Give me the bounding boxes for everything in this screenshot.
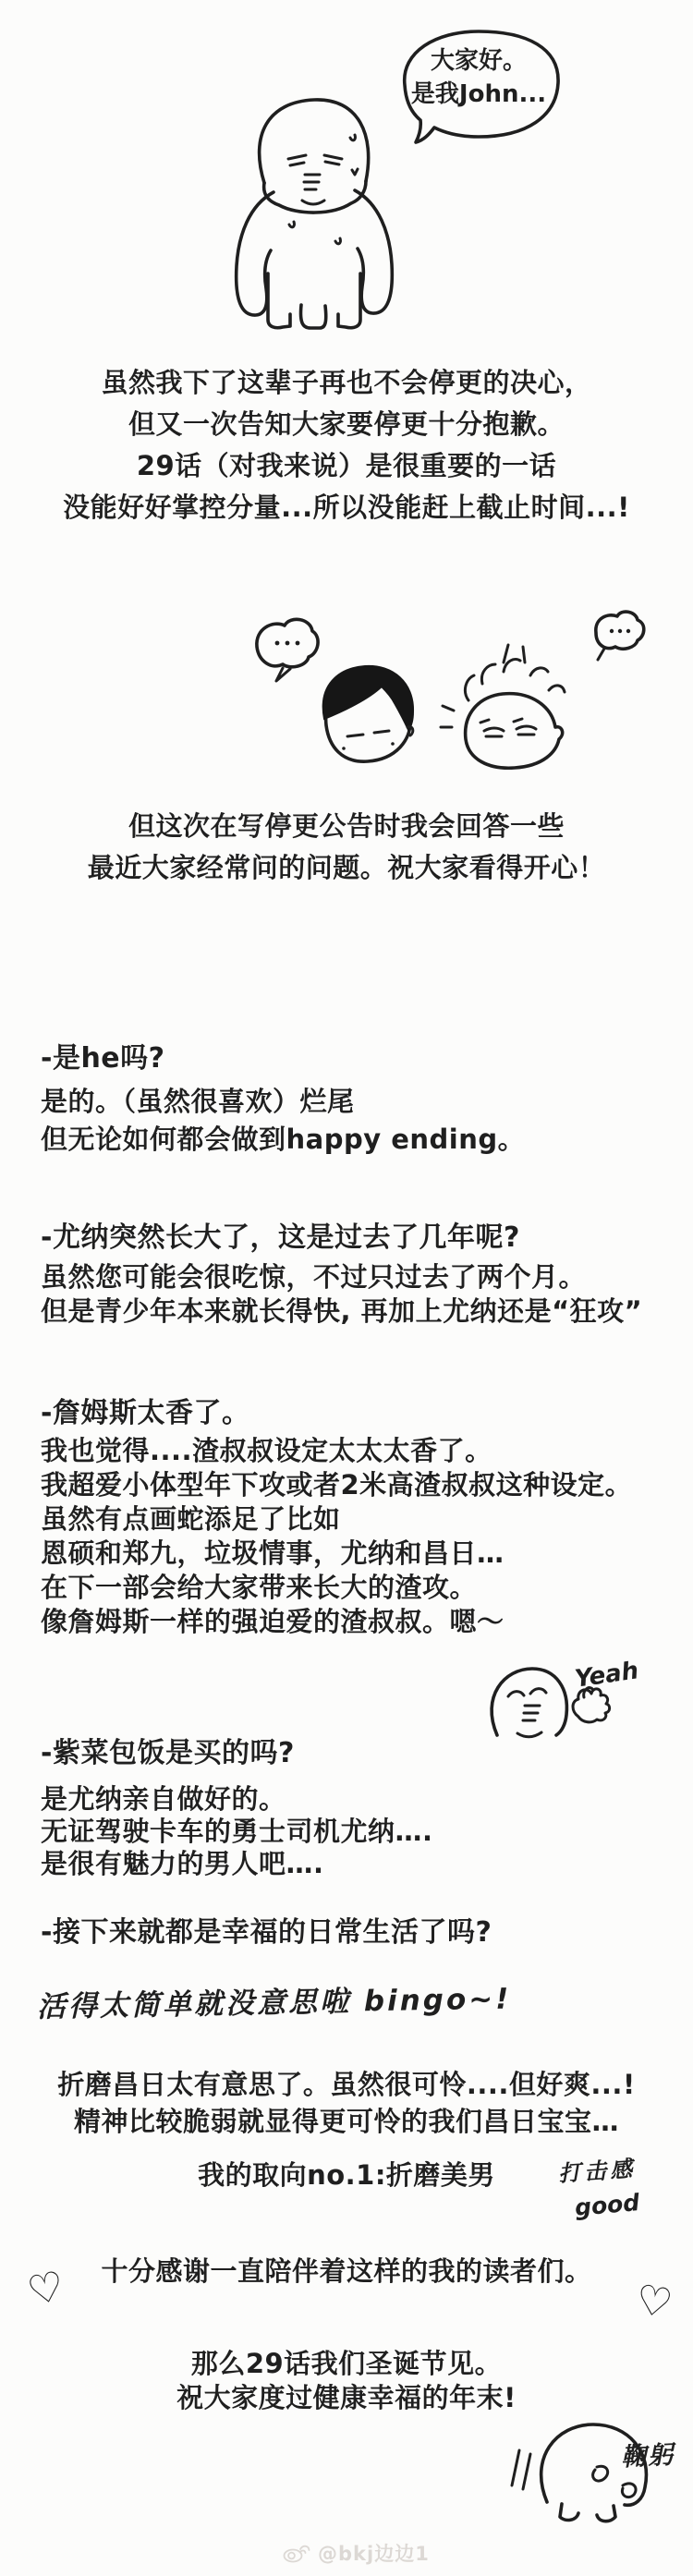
intro-line: 29话（对我来说）是很重要的一话 — [0, 445, 693, 487]
speech-bubble-line: 大家好。 — [405, 44, 553, 78]
closing-text: 那么29话我们圣诞节见。 祝大家度过健康幸福的年末! — [0, 2347, 693, 2415]
closing-line: 祝大家度过健康幸福的年末! — [0, 2381, 693, 2415]
answer-line: 是尤纳亲自做好的。 — [41, 1783, 433, 1816]
strike-note-line: 打击感 — [557, 2150, 637, 2188]
speech-bubble-text: 大家好。 是我John... — [405, 44, 553, 111]
qa5-question: -接下来就都是幸福的日常生活了吗? — [41, 1909, 492, 1950]
changil-line: 精神比较脆弱就显得更可怜的我们昌日宝宝… — [0, 2103, 693, 2140]
intro-line: 虽然我下了这辈子再也不会停更的决心， — [0, 362, 693, 404]
strike-note-line: good — [574, 2189, 640, 2221]
answer-line: 在下一部会给大家带来长大的渣攻。 — [41, 1571, 632, 1605]
answer-line: 恩硕和郑九，垃圾情事，尤纳和昌日… — [41, 1537, 632, 1571]
changil-line: 折磨昌日太有意思了。虽然很可怜....但好爽...! — [0, 2066, 693, 2103]
qa5-handwritten-answer: 活得太简单就没意思啦 bingo~! — [37, 1975, 512, 2025]
qa3-answer: 我也觉得....渣叔叔设定太太太香了。 我超爱小体型年下攻或者2米高渣叔叔这种设… — [41, 1434, 632, 1639]
announce-text: 但这次在写停更公告时我会回答一些 最近大家经常问的问题。祝大家看得开心！ — [0, 806, 693, 889]
qa3-question: -詹姆斯太香了。 — [41, 1390, 249, 1430]
heart-icon: ♡ — [632, 2276, 676, 2328]
qa4-question: -紫菜包饭是买的吗? — [41, 1730, 295, 1770]
chubby-character-doodle — [211, 81, 414, 335]
weibo-icon — [283, 2542, 310, 2564]
qa2-question: -尤纳突然长大了，这是过去了几年呢? — [41, 1214, 520, 1255]
two-characters-doodle — [229, 589, 659, 774]
intro-line: 没能好好掌控分量...所以没能赶上截止时间...! — [0, 487, 693, 529]
qa1-question: -是he吗? — [41, 1035, 165, 1075]
bow-label: 鞠躬 — [620, 2435, 675, 2473]
answer-line: 我超爱小体型年下攻或者2米高渣叔叔这种设定。 — [41, 1468, 632, 1502]
changil-text: 折磨昌日太有意思了。虽然很可怜....但好爽...! 精神比较脆弱就显得更可怜的… — [0, 2066, 693, 2140]
announce-line: 最近大家经常问的问题。祝大家看得开心！ — [0, 847, 693, 889]
answer-line: 我也觉得....渣叔叔设定太太太香了。 — [41, 1434, 632, 1468]
qa2-answer: 虽然您可能会很吃惊，不过只过去了两个月。 但是青少年本来就长得快, 再加上尤纳还… — [41, 1260, 642, 1329]
answer-line: 但无论如何都会做到happy ending。 — [41, 1121, 525, 1159]
answer-line: 但是青少年本来就长得快, 再加上尤纳还是“狂攻” — [41, 1294, 642, 1329]
watermark-handle: @bkj边边1 — [318, 2539, 430, 2567]
announce-line: 但这次在写停更公告时我会回答一些 — [0, 806, 693, 847]
answer-line: 虽然您可能会很吃惊，不过只过去了两个月。 — [41, 1260, 642, 1294]
answer-line: 是很有魅力的男人吧…. — [41, 1848, 433, 1880]
answer-line: 无证驾驶卡车的勇士司机尤纳…. — [41, 1816, 433, 1848]
answer-line: 虽然有点画蛇添足了比如 — [41, 1502, 632, 1537]
answer-line: 像詹姆斯一样的强迫爱的渣叔叔。嗯～ — [41, 1605, 632, 1639]
intro-text: 虽然我下了这辈子再也不会停更的决心， 但又一次告知大家要停更十分抱歉。 29话（… — [0, 362, 693, 529]
closing-line: 那么29话我们圣诞节见。 — [0, 2347, 693, 2381]
comic-author-note-page: 大家好。 是我John... 虽然我下了这辈子再也不会停更的决心， 但又一次告知… — [0, 0, 693, 2576]
weibo-watermark: @bkj边边1 — [283, 2539, 430, 2567]
thanks-line: 十分感谢一直陪伴着这样的我的读者们。 — [0, 2253, 693, 2290]
intro-line: 但又一次告知大家要停更十分抱歉。 — [0, 404, 693, 445]
qa4-answer: 是尤纳亲自做好的。 无证驾驶卡车的勇士司机尤纳…. 是很有魅力的男人吧…. — [41, 1783, 433, 1880]
speech-bubble-line: 是我John... — [405, 78, 553, 111]
qa1-answer: 是的。（虽然很喜欢）烂尾 但无论如何都会做到happy ending。 — [41, 1083, 525, 1159]
answer-line: 是的。（虽然很喜欢）烂尾 — [41, 1083, 525, 1121]
